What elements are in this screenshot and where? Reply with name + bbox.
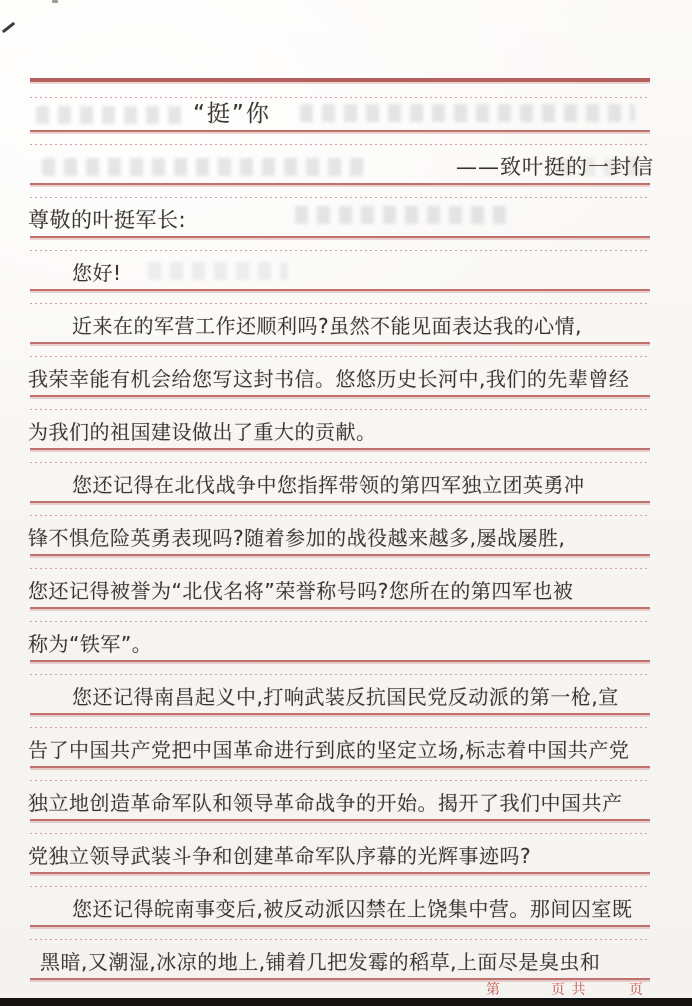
rule-line-dotted (30, 97, 650, 98)
photo-edge-black-bar (0, 998, 692, 1006)
pen-mark-top-left (2, 22, 16, 34)
rule-line-dotted (30, 674, 650, 675)
rule-line-dotted (30, 939, 650, 940)
letter-body-line: 黑暗,又潮湿,冰凉的地上,铺着几把发霉的稻草,上面尽是臭虫和 (40, 945, 600, 979)
rule-line-solid (30, 130, 650, 132)
letter-body-line: 您还记得皖南事变后,被反动派囚禁在上饶集中营。那间囚室既 (72, 892, 632, 926)
letter-body-line: 独立地创造革命军队和领导革命战争的开始。揭开了我们中国共产 (28, 786, 623, 820)
letter-body-line: 近来在的军营工作还顺利吗?虽然不能见面表达我的心情, (72, 309, 582, 343)
rule-line-dotted (30, 515, 650, 516)
letter-paper-photo: “挺”你 ——致叶挺的一封信 尊敬的叶挺军长: 您好! 近来在的军营工作还顺利吗… (0, 0, 692, 1006)
letter-title: “挺”你 (193, 97, 271, 131)
rule-line-dotted (30, 833, 650, 834)
ink-bleedthrough-smudge (295, 206, 510, 224)
letter-body-line: 您还记得被誉为“北伐名将”荣誉称号吗?您所在的第四军也被 (28, 574, 573, 608)
rule-line-dotted (30, 356, 650, 357)
letter-body-line: 党独立领导武装斗争和创建革命军队序幕的光辉事迹吗? (28, 839, 531, 873)
rule-line-solid (30, 289, 650, 291)
letter-body-line: 告了中国共产党把中国革命进行到底的坚定立场,标志着中国共产党 (28, 733, 629, 767)
letter-body-line: 为我们的祖国建设做出了重大的贡献。 (28, 415, 377, 449)
ink-bleedthrough-smudge (148, 262, 288, 280)
letter-body-line: 您还记得南昌起义中,打响武装反抗国民党反动派的第一枪,宣 (72, 680, 619, 714)
letter-body-line: 锋不惧危险英勇表现吗?随着参加的战役越来越多,屡战屡胜, (28, 521, 565, 555)
rule-line-dotted (30, 303, 650, 304)
letter-salutation: 尊敬的叶挺军长: (28, 203, 186, 237)
footer-page-label-di: 第 (486, 981, 501, 999)
letter-body-line: 您还记得在北伐战争中您指挥带领的第四军独立团英勇冲 (72, 468, 585, 502)
ink-bleedthrough-smudge (36, 106, 186, 124)
letter-body-line: 称为“铁军”。 (28, 627, 152, 661)
rule-line-dotted (30, 197, 650, 198)
footer-page-label-ye: 页 (629, 981, 644, 999)
rule-line-dotted (30, 621, 650, 622)
footer-page-label-ye-gong: 页 共 (551, 981, 586, 999)
rule-line-dotted (30, 727, 650, 728)
letter-body-line: 我荣幸能有机会给您写这封书信。悠悠历史长河中,我们的先辈曾经 (28, 362, 629, 396)
rule-line-dotted (30, 409, 650, 410)
rule-line-dotted (30, 568, 650, 569)
ink-bleedthrough-smudge (300, 104, 635, 122)
rule-line-dotted (30, 250, 650, 251)
rule-line-dotted (30, 462, 650, 463)
letter-greeting: 您好! (72, 256, 122, 290)
rule-line-dotted (30, 780, 650, 781)
rule-line-dotted (30, 144, 650, 145)
rule-line-solid (30, 78, 650, 82)
scan-speck (52, 0, 58, 3)
letter-dedication: ——致叶挺的一封信 (456, 150, 654, 184)
rule-line-dotted (30, 886, 650, 887)
ink-bleedthrough-smudge (42, 158, 372, 176)
